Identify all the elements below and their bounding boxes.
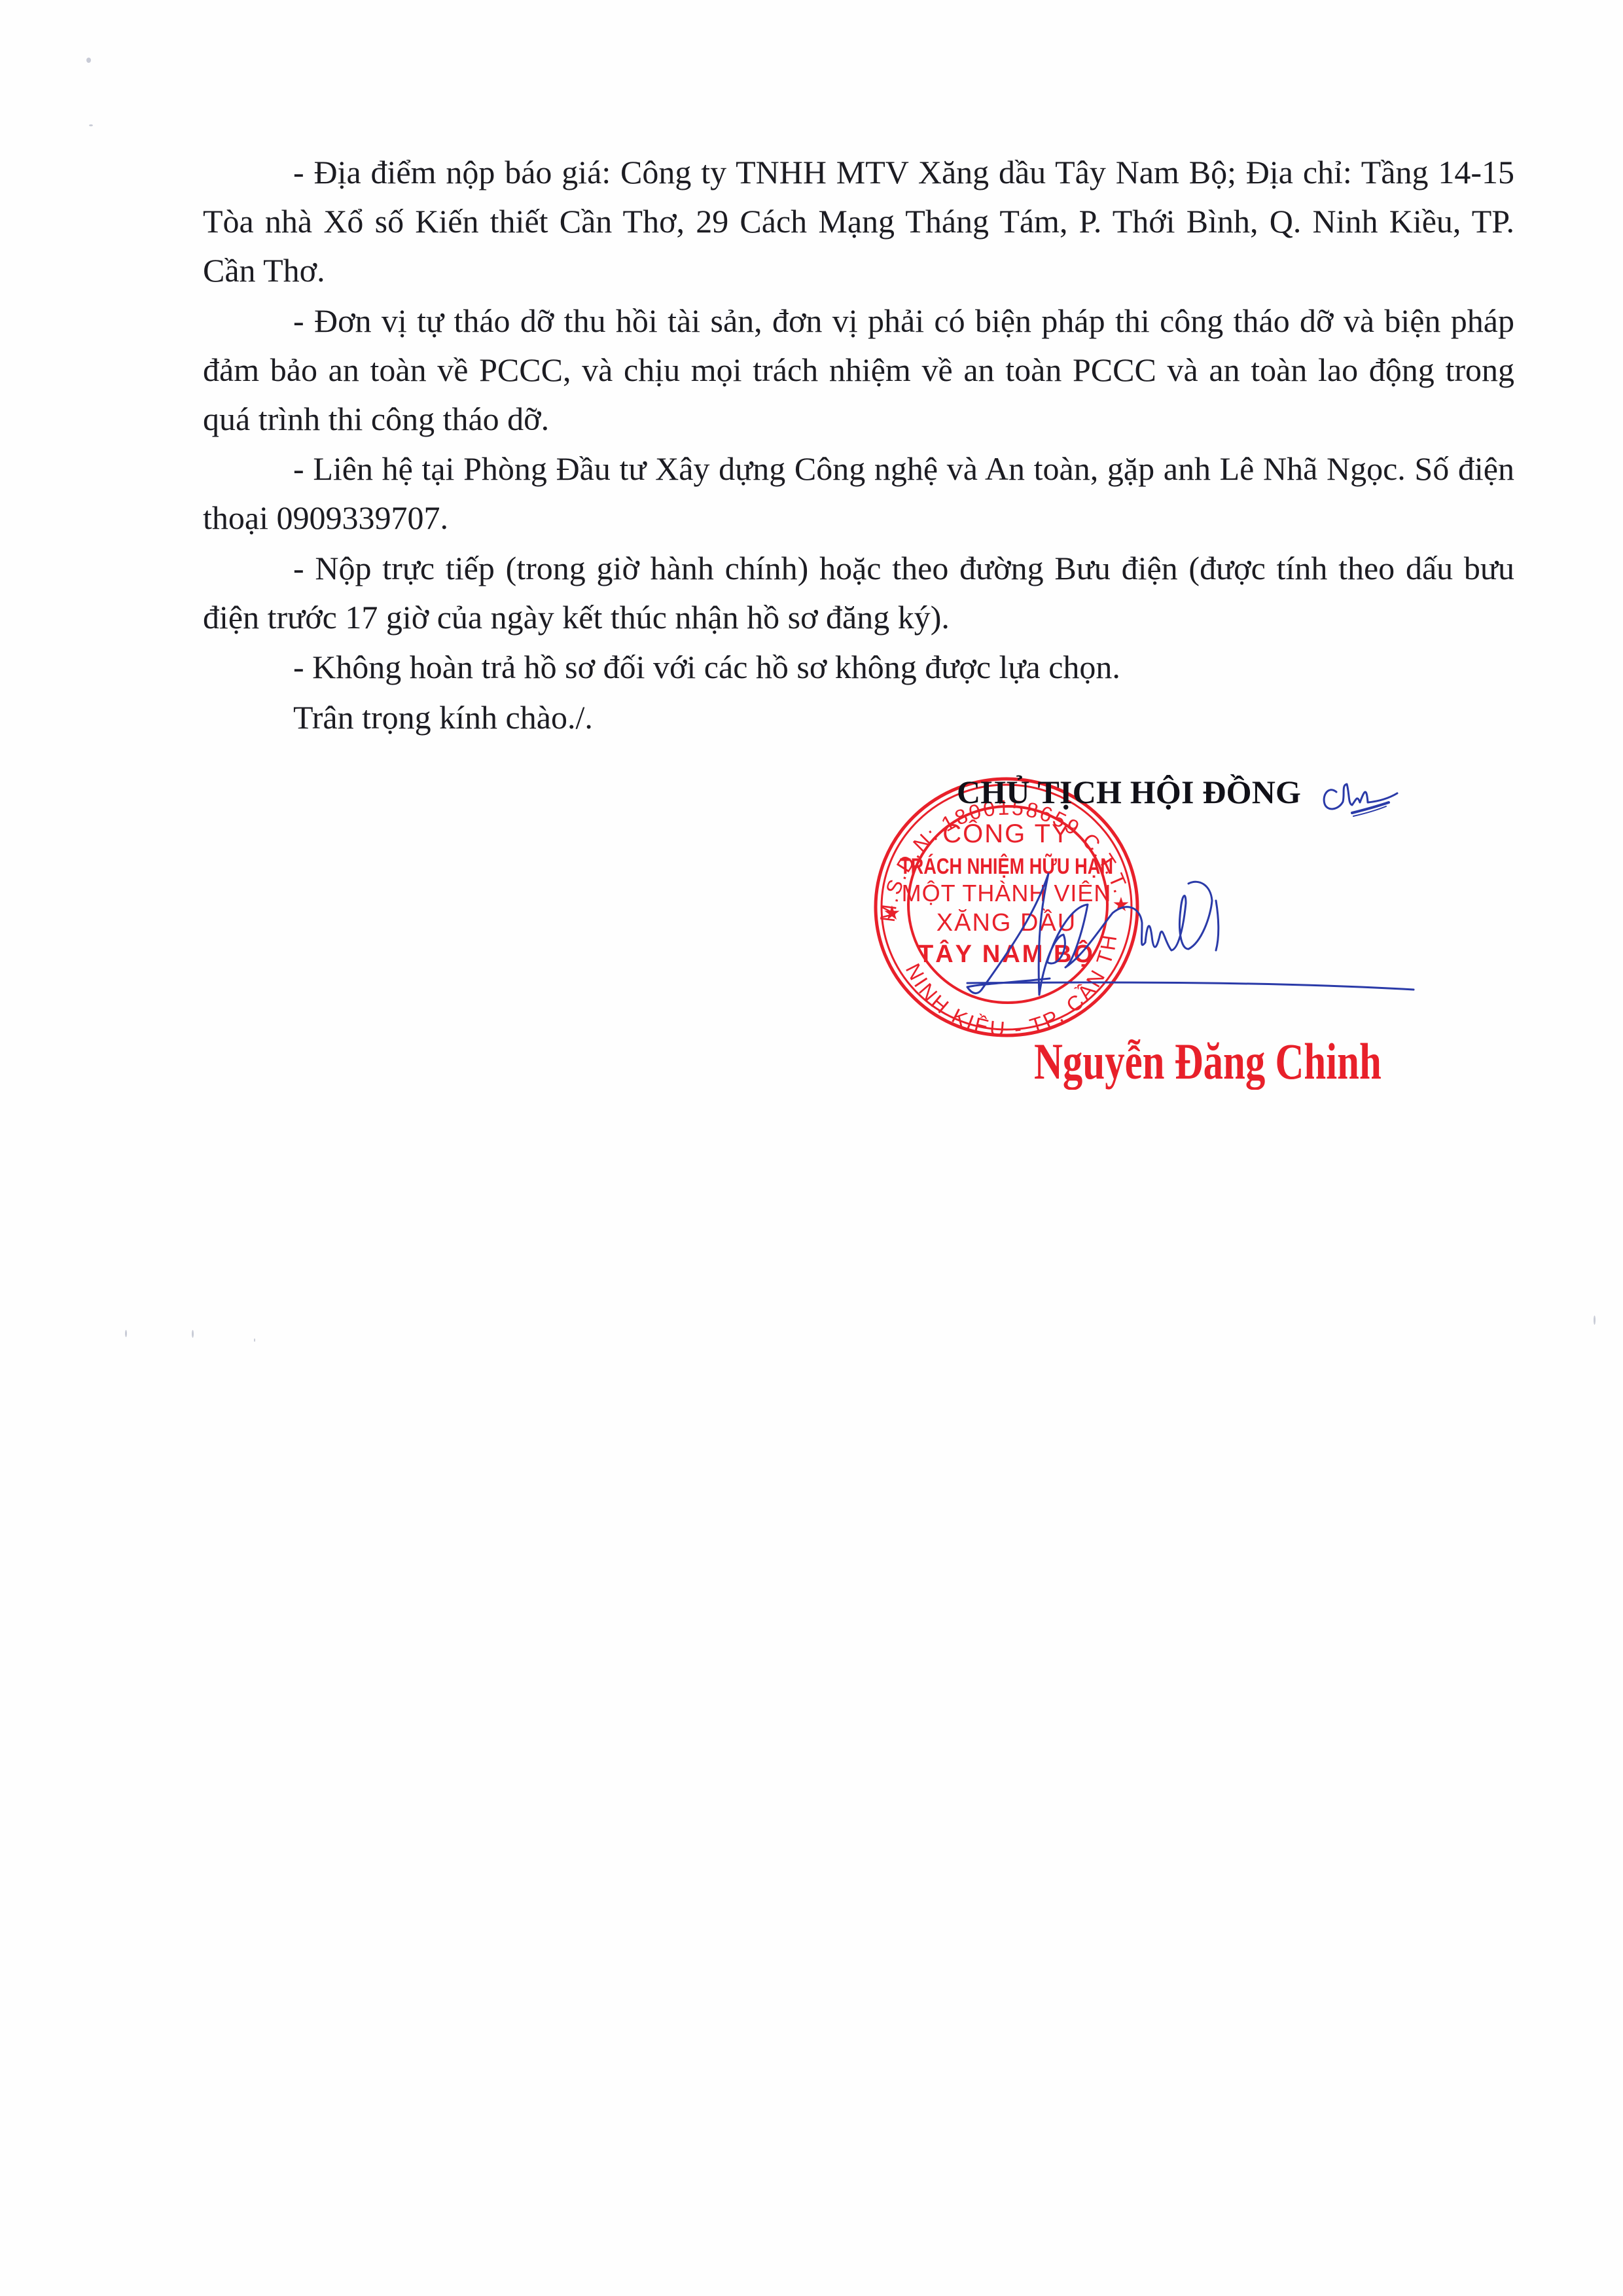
svg-text:TÂY NAM BỘ: TÂY NAM BỘ: [918, 939, 1095, 968]
paragraph-no-return: - Không hoàn trả hồ sơ đối với các hồ sơ…: [203, 643, 1514, 692]
paragraph-dismantling-requirements: - Đơn vị tự tháo dỡ thu hồi tài sản, đơn…: [203, 296, 1514, 444]
scan-speck: [192, 1330, 194, 1338]
svg-text:XĂNG DẦU: XĂNG DẦU: [936, 908, 1077, 937]
scan-speck: [1594, 1316, 1596, 1325]
scan-speck: [86, 58, 91, 63]
signatory-name: Nguyễn Đăng Chinh: [1034, 1035, 1382, 1088]
initials-mark-icon: [1324, 784, 1397, 809]
paragraph-submission-method: - Nộp trực tiếp (trong giờ hành chính) h…: [203, 544, 1514, 642]
stamp-center-text: CÔNG TY TRÁCH NHIỆM HỮU HẠN MỘT THÀNH VI…: [900, 819, 1113, 968]
signatory-title: CHỦ TỊCH HỘI ĐỒNG: [957, 772, 1301, 812]
scan-speck: [89, 124, 93, 126]
paragraph-submission-location: - Địa điểm nộp báo giá: Công ty TNHH MTV…: [203, 148, 1514, 295]
closing-salutation: Trân trọng kính chào./.: [203, 693, 1514, 742]
handwritten-signature-icon: [967, 874, 1212, 995]
star-icon: ★: [883, 903, 901, 924]
star-icon: ★: [1113, 894, 1130, 916]
paragraph-contact: - Liên hệ tại Phòng Đầu tư Xây dựng Công…: [203, 444, 1514, 543]
svg-text:CÔNG TY: CÔNG TY: [942, 819, 1071, 848]
scan-speck: [125, 1330, 127, 1337]
scan-speck: [254, 1338, 255, 1342]
stamp-rings: [876, 779, 1137, 1035]
document-page: - Địa điểm nộp báo giá: Công ty TNHH MTV…: [0, 0, 1623, 2296]
letter-body: - Địa điểm nộp báo giá: Công ty TNHH MTV…: [203, 148, 1514, 743]
svg-text:MỘT THÀNH VIÊN: MỘT THÀNH VIÊN: [902, 880, 1112, 906]
svg-text:TRÁCH NHIỆM HỮU HẠN: TRÁCH NHIỆM HỮU HẠN: [900, 853, 1113, 879]
